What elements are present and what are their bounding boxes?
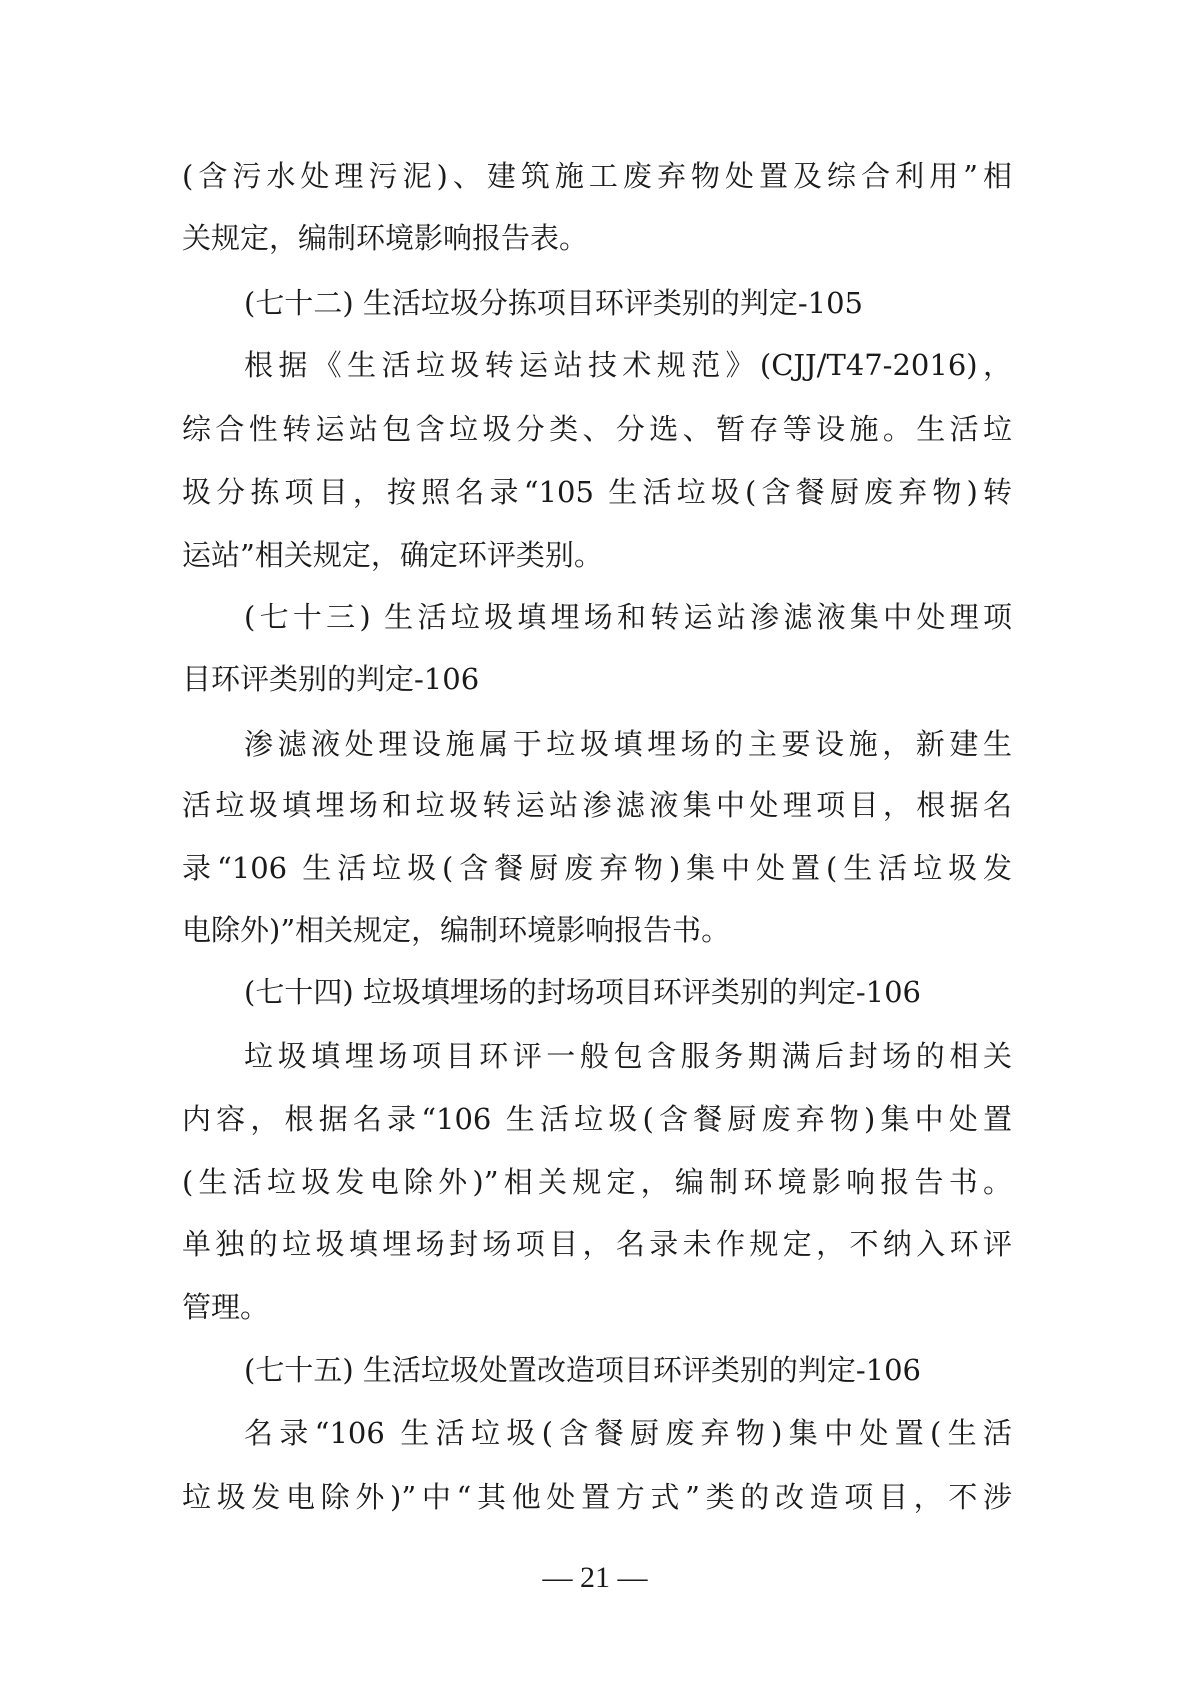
body-line: 圾分拣项目，按照名录“105 生活垃圾(含餐厨废弃物)转 <box>182 472 1012 512</box>
body-line: 垃圾发电除外)”中“其他处置方式”类的改造项目，不涉 <box>182 1477 1012 1517</box>
body-line: 根据《生活垃圾转运站技术规范》(CJJ/T47-2016)， <box>244 345 1012 385</box>
body-line: 名录“106 生活垃圾(含餐厨废弃物)集中处置(生活 <box>244 1413 1012 1453</box>
body-line: 渗滤液处理设施属于垃圾填埋场的主要设施，新建生 <box>244 724 1012 764</box>
section-heading-73-cont: 目环评类别的判定-106 <box>182 659 1012 699</box>
body-line: 内容，根据名录“106 生活垃圾(含餐厨废弃物)集中处置 <box>182 1099 1012 1139</box>
body-line: 录“106 生活垃圾(含餐厨废弃物)集中处置(生活垃圾发 <box>182 848 1012 888</box>
section-heading-74: (七十四) 垃圾填埋场的封场项目环评类别的判定-106 <box>244 972 1012 1012</box>
page-number: — 21 — <box>0 1556 1190 1600</box>
section-heading-73: (七十三) 生活垃圾填埋场和转运站渗滤液集中处理项 <box>244 597 1012 637</box>
body-line: 运站”相关规定，确定环评类别。 <box>182 535 1012 575</box>
body-line: (含污水处理污泥)、建筑施工废弃物处置及综合利用”相 <box>182 156 1012 196</box>
body-line: 关规定，编制环境影响报告表。 <box>182 218 1012 258</box>
body-line: 电除外)”相关规定，编制环境影响报告书。 <box>182 910 1012 950</box>
section-heading-75: (七十五) 生活垃圾处置改造项目环评类别的判定-106 <box>244 1350 1012 1390</box>
section-heading-72: (七十二) 生活垃圾分拣项目环评类别的判定-105 <box>244 283 1012 323</box>
body-line: (生活垃圾发电除外)”相关规定，编制环境影响报告书。 <box>182 1162 1012 1202</box>
body-line: 管理。 <box>182 1287 1012 1327</box>
document-page: (含污水处理污泥)、建筑施工废弃物处置及综合利用”相 关规定，编制环境影响报告表… <box>0 0 1190 1683</box>
body-line: 垃圾填埋场项目环评一般包含服务期满后封场的相关 <box>244 1036 1012 1076</box>
body-line: 单独的垃圾填埋场封场项目，名录未作规定，不纳入环评 <box>182 1224 1012 1264</box>
body-line: 综合性转运站包含垃圾分类、分选、暂存等设施。生活垃 <box>182 409 1012 449</box>
body-line: 活垃圾填埋场和垃圾转运站渗滤液集中处理项目，根据名 <box>182 785 1012 825</box>
